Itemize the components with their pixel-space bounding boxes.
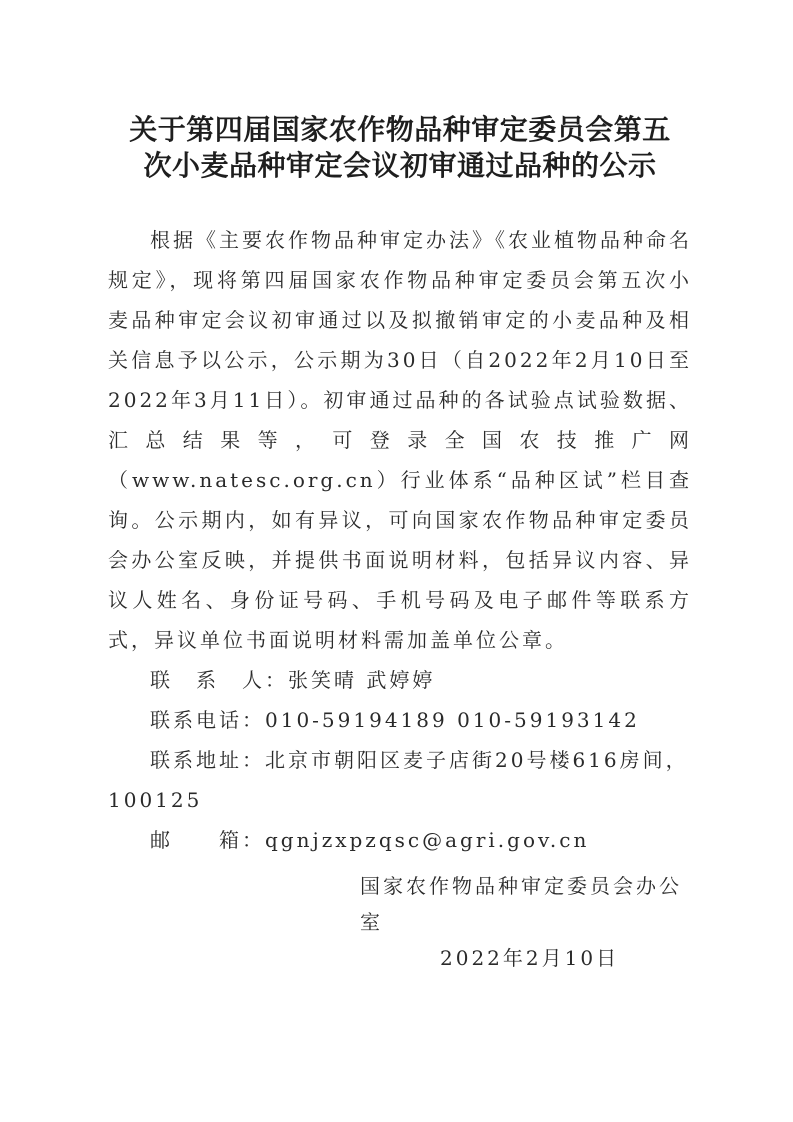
contact-phone-value: 010-59194189 010-59193142 — [265, 708, 640, 732]
document-title: 关于第四届国家农作物品种审定委员会第五 次小麦品种审定会议初审通过品种的公示 — [100, 112, 700, 184]
contact-person-value: 张笑晴 武婷婷 — [288, 668, 435, 692]
document-body: 根据《主要农作物品种审定办法》《农业植物品种命名规定》，现将第四届国家农作物品种… — [108, 220, 692, 860]
contact-person: 联 系 人：张笑晴 武婷婷 — [108, 660, 692, 700]
contact-address: 联系地址：北京市朝阳区麦子店街20号楼616房间， — [108, 740, 692, 780]
contact-phone: 联系电话：010-59194189 010-59193142 — [108, 700, 692, 740]
title-line-1: 关于第四届国家农作物品种审定委员会第五 — [100, 112, 700, 148]
signature-date: 2022年2月10日 — [360, 940, 700, 976]
contact-address-value: 北京市朝阳区麦子店街20号楼616房间， — [265, 748, 689, 772]
contact-phone-label: 联系电话： — [150, 708, 265, 732]
contact-postcode: 100125 — [108, 780, 692, 820]
title-line-2: 次小麦品种审定会议初审通过品种的公示 — [100, 148, 700, 184]
body-paragraph: 根据《主要农作物品种审定办法》《农业植物品种命名规定》，现将第四届国家农作物品种… — [108, 220, 692, 660]
contact-address-label: 联系地址： — [150, 748, 265, 772]
contact-email-value[interactable]: qgnjzxpzqsc@agri.gov.cn — [265, 828, 589, 852]
contact-person-label: 联 系 人： — [150, 668, 288, 692]
contact-email-label: 邮 箱： — [150, 828, 265, 852]
signature-organization: 国家农作物品种审定委员会办公室 — [360, 868, 700, 940]
signature-block: 国家农作物品种审定委员会办公室 2022年2月10日 — [360, 868, 700, 976]
contact-email: 邮 箱：qgnjzxpzqsc@agri.gov.cn — [108, 820, 692, 860]
